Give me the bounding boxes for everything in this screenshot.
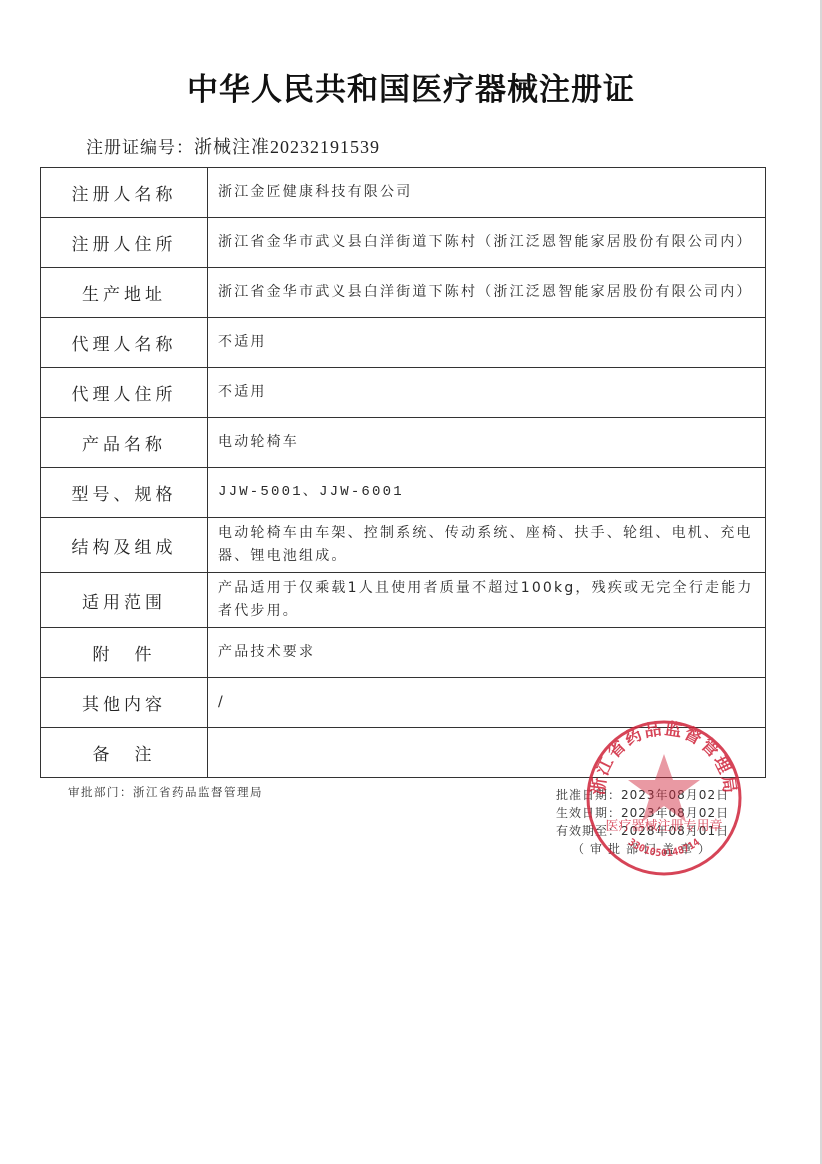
certificate-table: 注册人名称浙江金匠健康科技有限公司 注册人住所浙江省金华市武义县白洋街道下陈村（… (40, 167, 766, 778)
approval-department-label: 审批部门： (68, 785, 133, 799)
table-row: 附 件产品技术要求 (41, 628, 766, 678)
svg-text:3301050148714: 3301050148714 (626, 837, 702, 859)
row-value: 不适用 (208, 318, 766, 368)
registration-number-label: 注册证编号： (86, 138, 194, 158)
table-row: 产品名称电动轮椅车 (41, 418, 766, 468)
approval-department-value: 浙江省药品监督管理局 (133, 785, 263, 799)
table-row: 型号、规格JJW-5001、JJW-6001 (41, 468, 766, 518)
approval-department: 审批部门：浙江省药品监督管理局 (68, 784, 263, 800)
seal-number: 3301050148714 (626, 837, 702, 859)
row-label: 附 件 (41, 628, 208, 678)
table-row: 注册人名称浙江金匠健康科技有限公司 (41, 168, 766, 218)
row-value: 产品技术要求 (208, 628, 766, 678)
row-value: 电动轮椅车 (208, 418, 766, 468)
row-value: 浙江金匠健康科技有限公司 (208, 168, 766, 218)
row-label: 适用范围 (41, 573, 208, 628)
document-title: 中华人民共和国医疗器械注册证 (0, 64, 822, 109)
row-value: 不适用 (208, 368, 766, 418)
registration-number: 注册证编号：浙械注准20232191539 (86, 133, 380, 159)
row-label: 代理人住所 (41, 368, 208, 418)
row-value: 浙江省金华市武义县白洋街道下陈村（浙江泛恩智能家居股份有限公司内） (208, 218, 766, 268)
row-value: 电动轮椅车由车架、控制系统、传动系统、座椅、扶手、轮组、电机、充电器、锂电池组成… (208, 518, 766, 573)
table-row: 生产地址浙江省金华市武义县白洋街道下陈村（浙江泛恩智能家居股份有限公司内） (41, 268, 766, 318)
official-seal-icon: 浙江省药品监督管理局 医疗器械注册专用章 3301050148714 (584, 718, 744, 878)
row-value: JJW-5001、JJW-6001 (208, 468, 766, 518)
row-label: 结构及组成 (41, 518, 208, 573)
registration-number-value: 浙械注准20232191539 (194, 137, 380, 157)
table-row: 代理人名称不适用 (41, 318, 766, 368)
row-label: 代理人名称 (41, 318, 208, 368)
table-row: 注册人住所浙江省金华市武义县白洋街道下陈村（浙江泛恩智能家居股份有限公司内） (41, 218, 766, 268)
row-label: 型号、规格 (41, 468, 208, 518)
seal-center-text: 医疗器械注册专用章 (605, 818, 722, 834)
row-label: 注册人住所 (41, 218, 208, 268)
table-row: 代理人住所不适用 (41, 368, 766, 418)
row-value: 浙江省金华市武义县白洋街道下陈村（浙江泛恩智能家居股份有限公司内） (208, 268, 766, 318)
row-label: 生产地址 (41, 268, 208, 318)
row-label: 其他内容 (41, 678, 208, 728)
row-label: 注册人名称 (41, 168, 208, 218)
row-label: 产品名称 (41, 418, 208, 468)
row-label: 备 注 (41, 728, 208, 778)
row-value: 产品适用于仅乘载1人且使用者质量不超过100kg，残疾或无完全行走能力者代步用。 (208, 573, 766, 628)
table-row: 结构及组成电动轮椅车由车架、控制系统、传动系统、座椅、扶手、轮组、电机、充电器、… (41, 518, 766, 573)
table-row: 适用范围产品适用于仅乘载1人且使用者质量不超过100kg，残疾或无完全行走能力者… (41, 573, 766, 628)
